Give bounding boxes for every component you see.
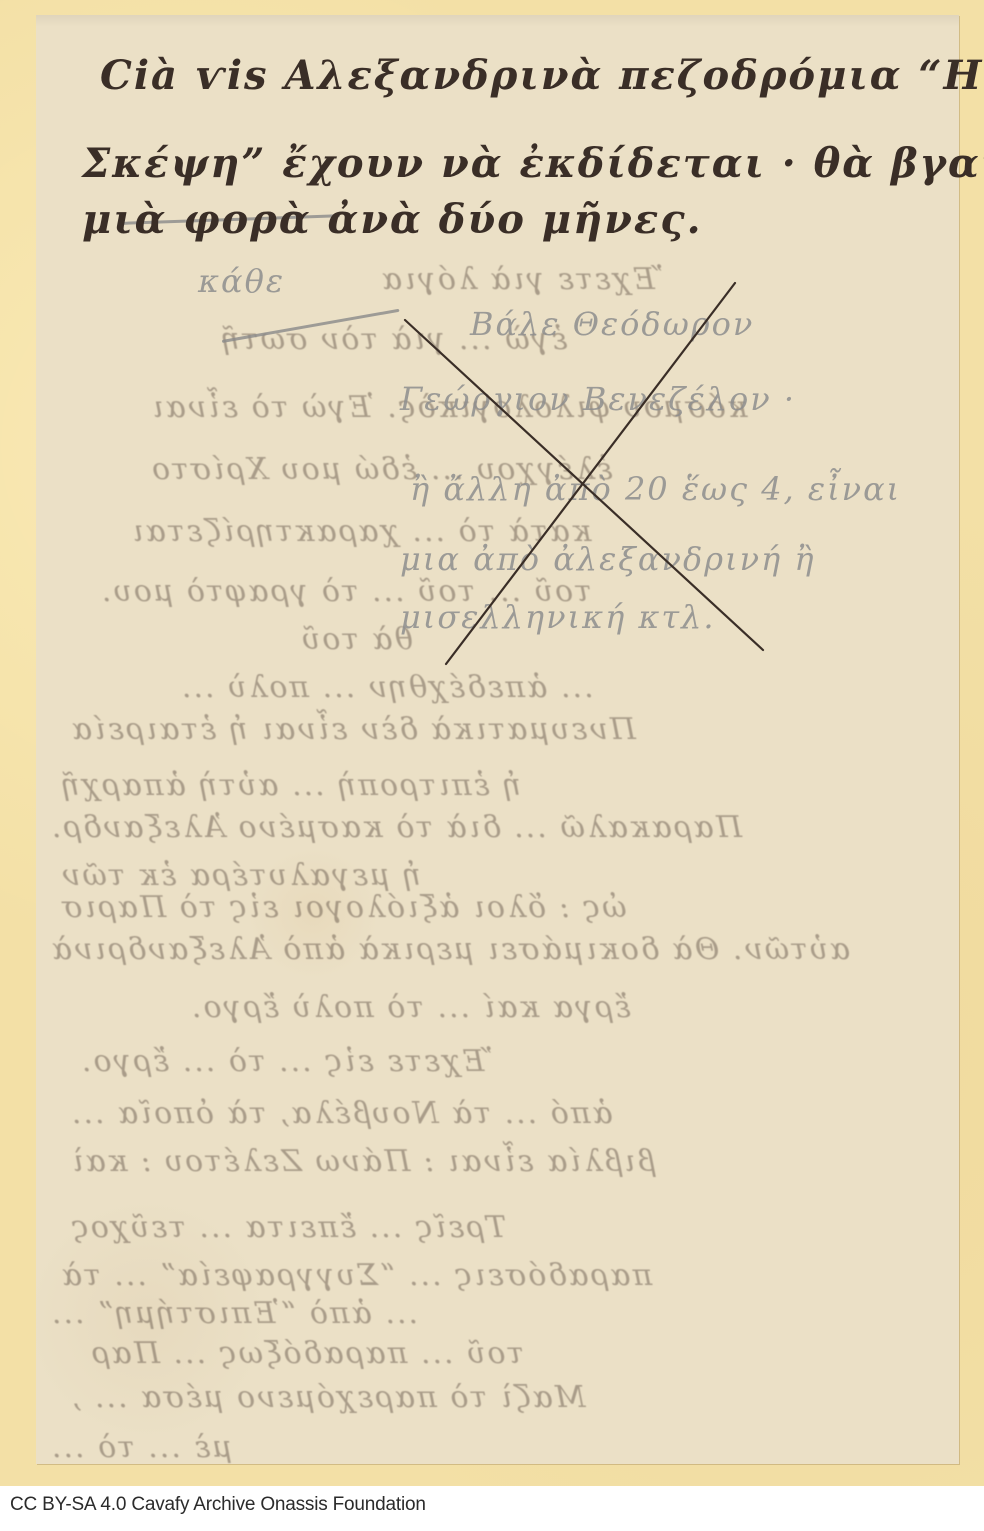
license-caption: CC BY-SA 4.0 Cavafy Archive Onassis Foun… xyxy=(10,1494,426,1516)
cross-out-mark xyxy=(0,0,984,1531)
cross-out-stroke xyxy=(446,283,735,664)
cross-out-stroke xyxy=(405,320,763,650)
